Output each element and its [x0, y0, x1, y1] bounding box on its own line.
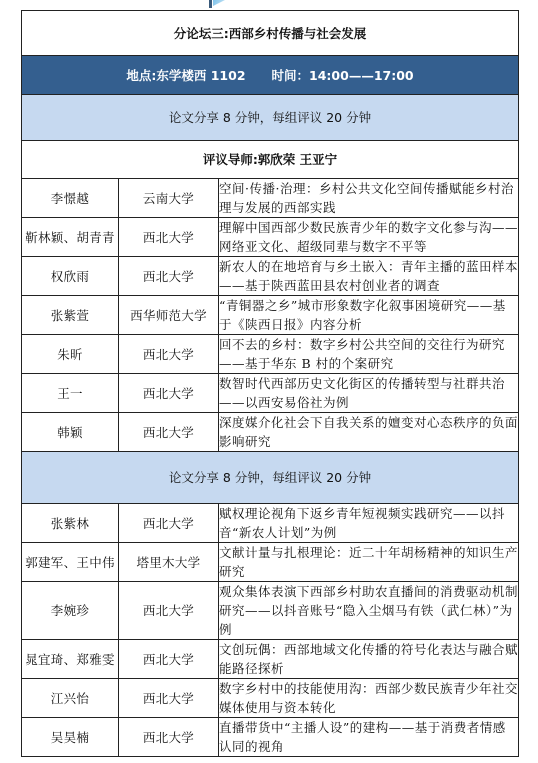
forum-title-row: 分论坛三:西部乡村传播与社会发展	[22, 11, 519, 56]
paper-row: 权欣雨 西北大学 新农人的在地培育与乡土嵌入：青年主播的蓝田样本——基于陕西蓝田…	[22, 257, 519, 296]
paper-row: 朱昕 西北大学 回不去的乡村：数字乡村公共空间的交往行为研究——基于华东 B 村…	[22, 335, 519, 374]
institution-cell: 西北大学	[119, 335, 219, 374]
paper-title-cell: 文创玩偶：西部地域文化传播的符号化表达与融合赋能路径探析	[219, 640, 519, 679]
paper-row: 韩颖 西北大学 深度媒介化社会下自我关系的嬗变对心态秩序的负面影响研究	[22, 413, 519, 452]
forum-title: 分论坛三:西部乡村传播与社会发展	[22, 11, 519, 56]
paper-row: 靳林颖、胡青青 西北大学 理解中国西部少数民族青少年的数字文化参与沟——网络亚文…	[22, 218, 519, 257]
author-cell: 吴昊楠	[22, 718, 119, 757]
time-label: 时间：14:00——17:00	[272, 68, 414, 83]
paper-title-cell: 赋权理论视角下返乡青年短视频实践研究——以抖音“新农人计划”为例	[219, 504, 519, 543]
venue-time-cell: 地点:东学楼西 1102时间：14:00——17:00	[22, 56, 519, 95]
author-cell: 张紫萱	[22, 296, 119, 335]
institution-cell: 西北大学	[119, 504, 219, 543]
venue-time-row: 地点:东学楼西 1102时间：14:00——17:00	[22, 56, 519, 95]
institution-cell: 西北大学	[119, 640, 219, 679]
author-cell: 王一	[22, 374, 119, 413]
logo-stroke-icon	[209, 0, 212, 8]
schedule-table: 分论坛三:西部乡村传播与社会发展 地点:东学楼西 1102时间：14:00——1…	[21, 10, 519, 757]
author-cell: 韩颖	[22, 413, 119, 452]
paper-title-cell: 空间·传播·治理：乡村公共文化空间传播赋能乡村治理与发展的西部实践	[219, 179, 519, 218]
reviewer-row: 评议导师:郭欣荣 王亚宁	[22, 141, 519, 179]
author-cell: 靳林颖、胡青青	[22, 218, 119, 257]
paper-title-cell: “青铜器之乡”城市形象数字化叙事困境研究——基于《陕西日报》内容分析	[219, 296, 519, 335]
paper-title-cell: 数智时代西部历史文化街区的传播转型与社群共治——以西安易俗社为例	[219, 374, 519, 413]
author-cell: 郭建军、王中伟	[22, 543, 119, 582]
paper-row: 晁宜琦、郑雅雯 西北大学 文创玩偶：西部地域文化传播的符号化表达与融合赋能路径探…	[22, 640, 519, 679]
session-rule: 论文分享 8 分钟，每组评议 20 分钟	[22, 452, 519, 504]
author-cell: 权欣雨	[22, 257, 119, 296]
institution-cell: 西北大学	[119, 218, 219, 257]
paper-title-cell: 新农人的在地培育与乡土嵌入：青年主播的蓝田样本——基于陕西蓝田县农村创业者的调查	[219, 257, 519, 296]
reviewers-label: 评议导师:郭欣荣 王亚宁	[22, 141, 519, 179]
session-rule-row: 论文分享 8 分钟，每组评议 20 分钟	[22, 95, 519, 141]
session-rule: 论文分享 8 分钟，每组评议 20 分钟	[22, 95, 519, 141]
institution-cell: 塔里木大学	[119, 543, 219, 582]
institution-cell: 西北大学	[119, 257, 219, 296]
logo-wing-icon	[213, 0, 225, 6]
session-rule-row: 论文分享 8 分钟，每组评议 20 分钟	[22, 452, 519, 504]
paper-title-cell: 理解中国西部少数民族青少年的数字文化参与沟——网络亚文化、超级同辈与数字不平等	[219, 218, 519, 257]
institution-cell: 西北大学	[119, 413, 219, 452]
author-cell: 朱昕	[22, 335, 119, 374]
institution-cell: 西北大学	[119, 679, 219, 718]
author-cell: 李婉珍	[22, 582, 119, 640]
paper-title-cell: 深度媒介化社会下自我关系的嬗变对心态秩序的负面影响研究	[219, 413, 519, 452]
paper-row: 江兴怡 西北大学 数字乡村中的技能使用沟：西部少数民族青少年社交媒体使用与资本转…	[22, 679, 519, 718]
paper-row: 王一 西北大学 数智时代西部历史文化街区的传播转型与社群共治——以西安易俗社为例	[22, 374, 519, 413]
paper-title-cell: 直播带货中“主播人设”的建构——基于消费者情感认同的视角	[219, 718, 519, 757]
institution-cell: 西北大学	[119, 582, 219, 640]
paper-row: 李婉珍 西北大学 观众集体表演下西部乡村助农直播间的消费驱动机制研究——以抖音账…	[22, 582, 519, 640]
paper-row: 李憬越 云南大学 空间·传播·治理：乡村公共文化空间传播赋能乡村治理与发展的西部…	[22, 179, 519, 218]
institution-cell: 西北大学	[119, 718, 219, 757]
institution-cell: 西华师范大学	[119, 296, 219, 335]
author-cell: 晁宜琦、郑雅雯	[22, 640, 119, 679]
author-cell: 张紫林	[22, 504, 119, 543]
paper-title-cell: 文献计量与扎根理论：近二十年胡杨精神的知识生产研究	[219, 543, 519, 582]
venue-label: 地点:东学楼西 1102	[126, 68, 245, 83]
logo-fragment-icon	[205, 0, 227, 8]
paper-row: 张紫林 西北大学 赋权理论视角下返乡青年短视频实践研究——以抖音“新农人计划”为…	[22, 504, 519, 543]
paper-title-cell: 回不去的乡村：数字乡村公共空间的交往行为研究——基于华东 B 村的个案研究	[219, 335, 519, 374]
paper-title-cell: 观众集体表演下西部乡村助农直播间的消费驱动机制研究——以抖音账号“隐入尘烟马有铁…	[219, 582, 519, 640]
author-cell: 江兴怡	[22, 679, 119, 718]
institution-cell: 西北大学	[119, 374, 219, 413]
paper-title-cell: 数字乡村中的技能使用沟：西部少数民族青少年社交媒体使用与资本转化	[219, 679, 519, 718]
author-cell: 李憬越	[22, 179, 119, 218]
paper-row: 吴昊楠 西北大学 直播带货中“主播人设”的建构——基于消费者情感认同的视角	[22, 718, 519, 757]
institution-cell: 云南大学	[119, 179, 219, 218]
paper-row: 张紫萱 西华师范大学 “青铜器之乡”城市形象数字化叙事困境研究——基于《陕西日报…	[22, 296, 519, 335]
paper-row: 郭建军、王中伟 塔里木大学 文献计量与扎根理论：近二十年胡杨精神的知识生产研究	[22, 543, 519, 582]
